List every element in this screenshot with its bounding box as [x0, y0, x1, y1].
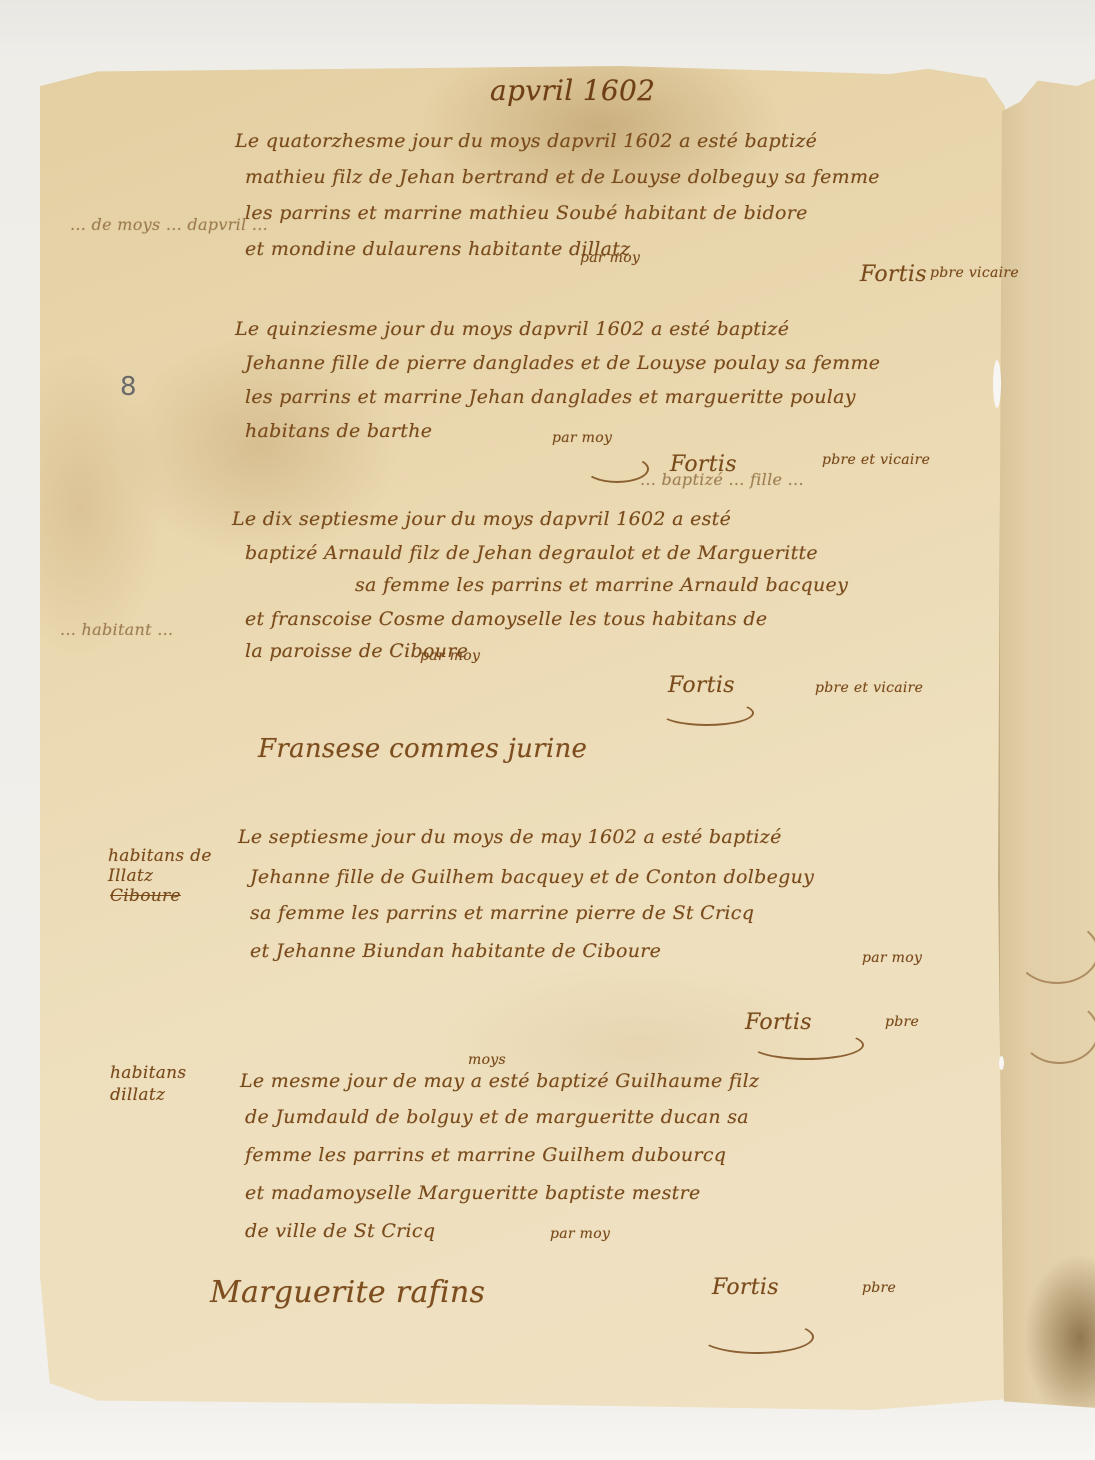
entry-line: femme les parrins et marrine Guilhem dub…	[245, 1144, 726, 1166]
priest-title: pbre vicaire	[930, 265, 1019, 281]
signature-par-moy: par moy	[550, 1226, 610, 1242]
signature-flourish	[585, 455, 649, 483]
bleed-through-text: ... de moys ... dapvril ...	[70, 215, 268, 234]
margin-struck-word: Ciboure	[110, 886, 181, 906]
entry-line: habitans de barthe	[245, 420, 432, 442]
margin-note: habitans de Illatz	[108, 846, 238, 886]
priest-title: pbre et vicaire	[822, 452, 930, 468]
signature-par-moy: par moy	[580, 250, 640, 266]
entry-line: et franscoise Cosme damoyselle les tous …	[245, 608, 767, 630]
entry-line: Jehanne fille de pierre danglades et de …	[245, 352, 880, 374]
entry-line: de Jumdauld de bolguy et de margueritte …	[245, 1106, 749, 1128]
paper-tear	[993, 360, 1001, 408]
entry-line: les parrins et marrine Jehan danglades e…	[245, 386, 856, 408]
standalone-name-note: Fransese commes jurine	[258, 734, 587, 764]
entry-line: et madamoyselle Margueritte baptiste mes…	[245, 1182, 701, 1204]
signature-flourish	[1015, 920, 1095, 984]
superscript-insertion: moys	[468, 1052, 506, 1068]
archive-folio-number: 8	[120, 372, 137, 402]
entry-line: baptizé Arnauld filz de Jehan degraulot …	[245, 542, 818, 564]
priest-signature: Fortis	[860, 262, 927, 287]
signature-flourish	[750, 1030, 864, 1060]
signature-par-moy: par moy	[420, 648, 480, 664]
page-heading: apvril 1602	[490, 74, 655, 107]
entry-line: Le quatorzhesme jour du moys dapvril 160…	[235, 130, 817, 152]
entry-line: Le septiesme jour du moys de may 1602 a …	[238, 826, 782, 848]
bleed-through-text: ... habitant ...	[60, 620, 173, 639]
entry-line: et mondine dulaurens habitante dillatz	[245, 238, 630, 260]
witness-signature: Marguerite rafins	[210, 1275, 485, 1310]
entry-line: Jehanne fille de Guilhem bacquey et de C…	[250, 866, 814, 888]
priest-title: pbre	[862, 1280, 896, 1296]
entry-line: Le mesme jour de may a esté baptizé Guil…	[240, 1070, 759, 1092]
priest-signature: Fortis	[670, 452, 737, 477]
entry-line: sa femme les parrins et marrine Arnauld …	[355, 574, 848, 596]
paper-tear	[999, 1056, 1004, 1070]
entry-line: Le dix septiesme jour du moys dapvril 16…	[232, 508, 731, 530]
signature-flourish	[700, 1320, 814, 1354]
signature-par-moy: par moy	[862, 950, 922, 966]
entry-line: mathieu filz de Jehan bertrand et de Lou…	[245, 166, 880, 188]
signature-par-moy: par moy	[552, 430, 612, 446]
entry-line: Le quinziesme jour du moys dapvril 1602 …	[235, 318, 789, 340]
entry-line: sa femme les parrins et marrine pierre d…	[250, 902, 754, 924]
priest-title: pbre et vicaire	[815, 680, 923, 696]
priest-signature: Fortis	[668, 673, 735, 698]
margin-note: habitans dillatz	[110, 1062, 220, 1106]
entry-line: et Jehanne Biundan habitante de Ciboure	[250, 940, 661, 962]
signature-flourish	[1020, 1000, 1095, 1064]
priest-title: pbre	[885, 1014, 919, 1030]
signature-flourish	[660, 700, 754, 726]
priest-signature: Fortis	[712, 1275, 779, 1300]
entry-line: les parrins et marrine mathieu Soubé hab…	[245, 202, 808, 224]
entry-line: de ville de St Cricq	[245, 1220, 435, 1242]
